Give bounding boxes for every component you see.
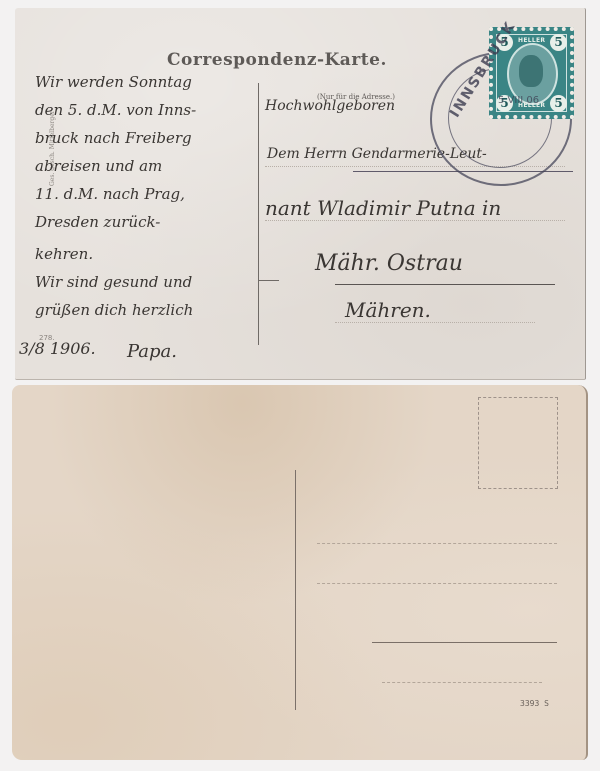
divider-tick (259, 280, 279, 281)
stamp-label: HELLER (518, 37, 545, 44)
city-underline (372, 642, 557, 643)
address-salutation: Hochwohlgeboren (265, 98, 395, 114)
city-underline (335, 284, 555, 285)
address-rule (265, 220, 565, 222)
message-line: grüßen dich herzlich (35, 301, 193, 319)
address-rule (317, 543, 557, 544)
message-line: abreisen und am (35, 157, 162, 175)
address-region: Mähren. (345, 298, 431, 322)
message-line: bruck nach Freiberg (35, 129, 192, 147)
center-divider (258, 83, 259, 345)
stamp-value: 5 (550, 34, 567, 51)
address-rule (317, 583, 557, 584)
message-line: kehren. (35, 245, 93, 263)
address-line: nant Wladimir Putna in (265, 196, 501, 220)
address-rule (335, 322, 535, 324)
serial-number: 3393 S (520, 699, 549, 708)
address-city: Mähr. Ostrau (315, 251, 463, 276)
address-rule (382, 682, 542, 683)
stamp-placeholder-box (478, 397, 558, 489)
stamp-value: 5 (550, 95, 567, 112)
message-line: 11. d.M. nach Prag, (35, 185, 185, 203)
emperor-portrait-icon (519, 55, 543, 87)
postmark-date: 5 VIII 06 (498, 95, 539, 106)
message-line: Wir sind gesund und (35, 273, 192, 291)
card-title: Correspondenz-Karte. (167, 50, 387, 70)
message-line: den 5. d.M. von Inns- (35, 101, 196, 119)
message-line: Wir werden Sonntag (35, 73, 192, 91)
signature: Papa. (127, 341, 177, 362)
message-date: 3/8 1906. (19, 339, 96, 358)
message-line: Dresden zurück- (35, 213, 160, 231)
back-center-divider (295, 470, 296, 710)
